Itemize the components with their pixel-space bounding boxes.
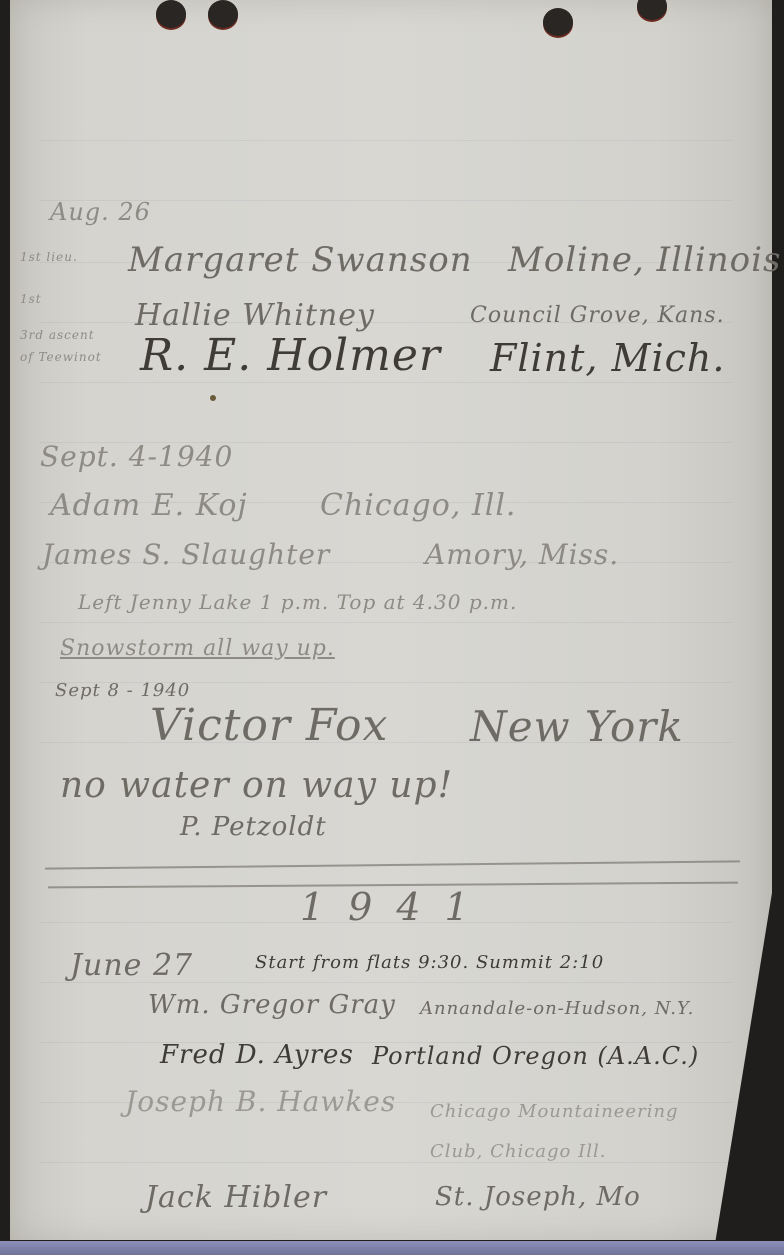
punch-hole: [156, 0, 186, 28]
backdrop-strip: [0, 1241, 784, 1255]
entry-date: Sept 8 - 1940: [55, 680, 190, 701]
signature-place: St. Joseph, Mo: [435, 1182, 641, 1212]
punch-hole: [543, 8, 573, 36]
signature-place: Annandale-on-Hudson, N.Y.: [420, 998, 694, 1019]
signature-place: Chicago, Ill.: [320, 488, 516, 523]
entry-note: Left Jenny Lake 1 p.m. Top at 4.30 p.m.: [78, 590, 517, 614]
entry-date: June 27: [70, 948, 193, 983]
signature-place: Portland Oregon (A.A.C.): [372, 1042, 699, 1070]
signature-place: Moline, Illinois: [508, 240, 781, 280]
punch-hole: [208, 0, 238, 28]
signature-place: Flint, Mich.: [490, 336, 725, 380]
margin-note: of Teewinot: [20, 350, 102, 364]
signature-name: Hallie Whitney: [135, 298, 375, 333]
witness-signature: P. Petzoldt: [180, 812, 327, 842]
signature-name: R. E. Holmer: [140, 330, 441, 381]
ruled-line: [40, 140, 732, 141]
signature-place: Amory, Miss.: [425, 538, 619, 571]
ruled-line: [40, 622, 732, 623]
margin-note: 1st: [20, 292, 42, 306]
signature-name: Fred D. Ayres: [160, 1040, 354, 1070]
signature-name: Joseph B. Hawkes: [125, 1085, 396, 1118]
signature-place: New York: [470, 702, 684, 751]
entry-date: Sept. 4-1940: [40, 440, 233, 473]
year-heading: 1941: [300, 885, 493, 929]
entry-note: Start from flats 9:30. Summit 2:10: [255, 952, 604, 973]
entry-note: no water on way up!: [60, 765, 453, 806]
signature-place: Chicago Mountaineering Club, Chicago Ill…: [430, 1092, 720, 1172]
paper-stain: [210, 395, 216, 401]
signature-name: Adam E. Koj: [50, 488, 248, 523]
entry-note: Snowstorm all way up.: [60, 636, 335, 661]
ruled-line: [40, 382, 732, 383]
signature-name: James S. Slaughter: [42, 538, 330, 571]
signature-place: Council Grove, Kans.: [470, 303, 725, 328]
signature-name: Margaret Swanson: [128, 240, 473, 280]
signature-name: Victor Fox: [150, 700, 388, 751]
margin-note: 1st lieu.: [20, 250, 78, 264]
signature-name: Wm. Gregor Gray: [148, 990, 396, 1020]
entry-date: Aug. 26: [50, 198, 151, 226]
margin-note: 3rd ascent: [20, 328, 95, 342]
signature-name: Jack Hibler: [145, 1180, 327, 1215]
